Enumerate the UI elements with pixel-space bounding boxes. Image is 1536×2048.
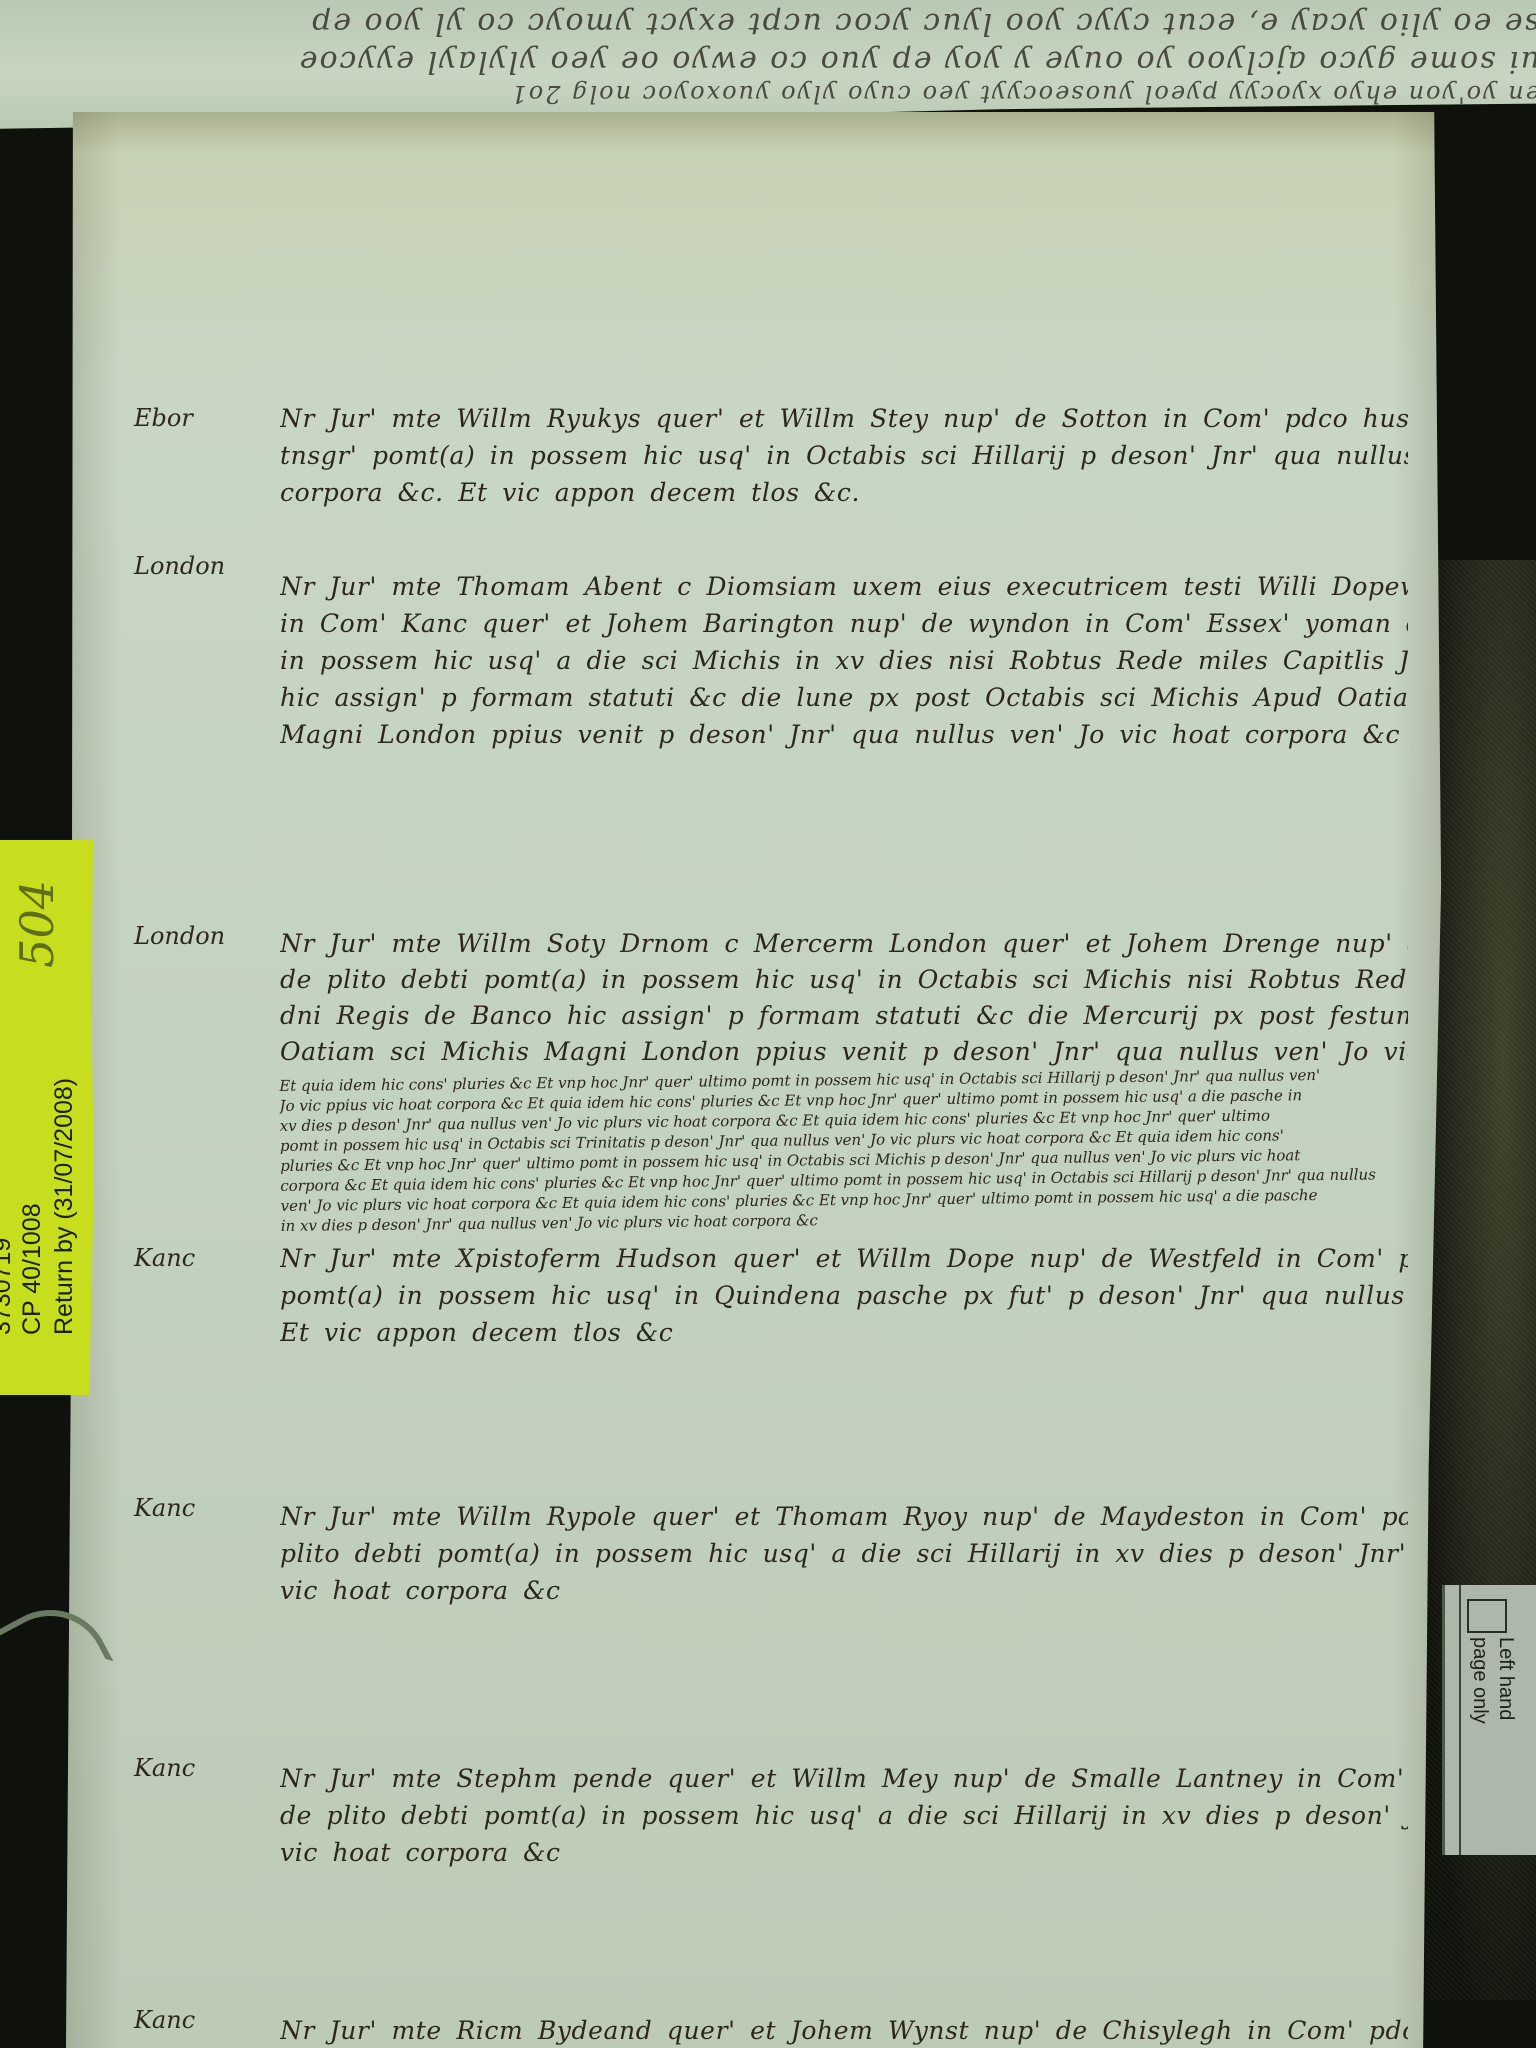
top-roll-line: en yo'yon ehyo xyocyy pyeol yuoseocyyt y… — [0, 80, 1536, 108]
county-marginal: Kanc — [134, 1494, 195, 1522]
page-slip: Left hand page only — [1442, 1585, 1536, 1855]
entry-line: tnsgr' pomt(a) in possem hic usq' in Oct… — [280, 437, 1408, 474]
entry-line: in possem hic usq' a die sci Michis in x… — [280, 642, 1408, 679]
top-roll-line: ui some gyco ajclyoo yo ouye y yoy ep yu… — [0, 44, 1536, 79]
entry-line: de plito debti pomt(a) in possem hic usq… — [280, 1797, 1408, 1834]
entry-line: vic hoat corpora &c — [280, 1834, 1408, 1871]
entry-line: in Com' Kanc quer' et Johem Barington nu… — [280, 605, 1408, 642]
entry-line: plito debti pomt(a) in possem hic usq' a… — [280, 1535, 1408, 1572]
archive-tag: 3730719 CP 40/1008 Return by (31/07/2008… — [0, 840, 96, 1395]
tag-partial-line: 3730719 — [0, 1238, 17, 1335]
county-marginal: London — [134, 552, 225, 580]
tag-return-by: Return by (31/07/2008) — [50, 1078, 79, 1335]
entry-text: Nr Jur' mte Xpistoferm Hudson quer' et W… — [280, 1240, 1408, 1351]
parchment-membrane: Ebor Nr Jur' mte Willm Ryukys quer' et W… — [66, 112, 1448, 2048]
entry-text: Nr Jur' mte Thomam Abent c Diomsiam uxem… — [280, 568, 1408, 753]
entry-line: corpora &c. Et vic appon decem tlos &c. — [280, 474, 1408, 511]
county-marginal: London — [134, 922, 225, 950]
dense-process-text: Et quia idem hic cons' pluries &c Et vnp… — [279, 1064, 1411, 1236]
entry-line: Nr Jur' mte Xpistoferm Hudson quer' et W… — [280, 1240, 1408, 1277]
entry-text: Nr Jur' mte Willm Ryukys quer' et Willm … — [280, 400, 1408, 511]
entry-text: Nr Jur' mte Willm Rypole quer' et Thomam… — [280, 1498, 1408, 1609]
left-hand-page-checkbox[interactable] — [1467, 1599, 1507, 1633]
entry-line: hic assign' p formam statuti &c die lune… — [280, 679, 1408, 716]
county-marginal: Kanc — [134, 1754, 195, 1782]
entry-text: Nr Jur' mte Ricm Bydeand quer' et Johem … — [280, 2012, 1408, 2048]
entry-text: Nr Jur' mte Stephm pende quer' et Willm … — [280, 1760, 1408, 1871]
slip-label-line1: Left hand — [1494, 1637, 1517, 1720]
entry-line: Nr Jur' mte Stephm pende quer' et Willm … — [280, 1760, 1408, 1797]
entry-line: Nr Jur' mte Thomam Abent c Diomsiam uxem… — [280, 568, 1408, 605]
entry-line: dni Regis de Banco hic assign' p formam … — [280, 998, 1408, 1034]
county-marginal: Ebor — [134, 404, 193, 432]
entry-line: Et vic appon decem tlos &c — [280, 1314, 1408, 1351]
tag-handwritten-number: 504 — [10, 880, 64, 968]
entry-line: Nr Jur' mte Ricm Bydeand quer' et Johem … — [280, 2012, 1408, 2048]
top-roll-line: se eo ylio ycay e, ecut cyyc yoo lyuc yc… — [0, 6, 1536, 41]
slip-label-line2: page only — [1468, 1637, 1491, 1724]
entry-text: Nr Jur' mte Willm Soty Drnom c Mercerm L… — [280, 926, 1408, 1070]
entry-line: Oatiam sci Michis Magni London ppius ven… — [280, 1034, 1408, 1070]
county-marginal: Kanc — [134, 2006, 195, 2034]
county-marginal: Kanc — [134, 1244, 195, 1272]
entry-line: Magni London ppius venit p deson' Jnr' q… — [280, 716, 1408, 753]
entry-line: Nr Jur' mte Willm Soty Drnom c Mercerm L… — [280, 926, 1408, 962]
tag-reference: CP 40/1008 — [18, 1203, 47, 1335]
entry-line: pomt(a) in possem hic usq' in Quindena p… — [280, 1277, 1408, 1314]
entry-line: de plito debti pomt(a) in possem hic usq… — [280, 962, 1408, 998]
entry-line: Nr Jur' mte Willm Ryukys quer' et Willm … — [280, 400, 1408, 437]
entry-line: vic hoat corpora &c — [280, 1572, 1408, 1609]
entry-line: Nr Jur' mte Willm Rypole quer' et Thomam… — [280, 1498, 1408, 1535]
